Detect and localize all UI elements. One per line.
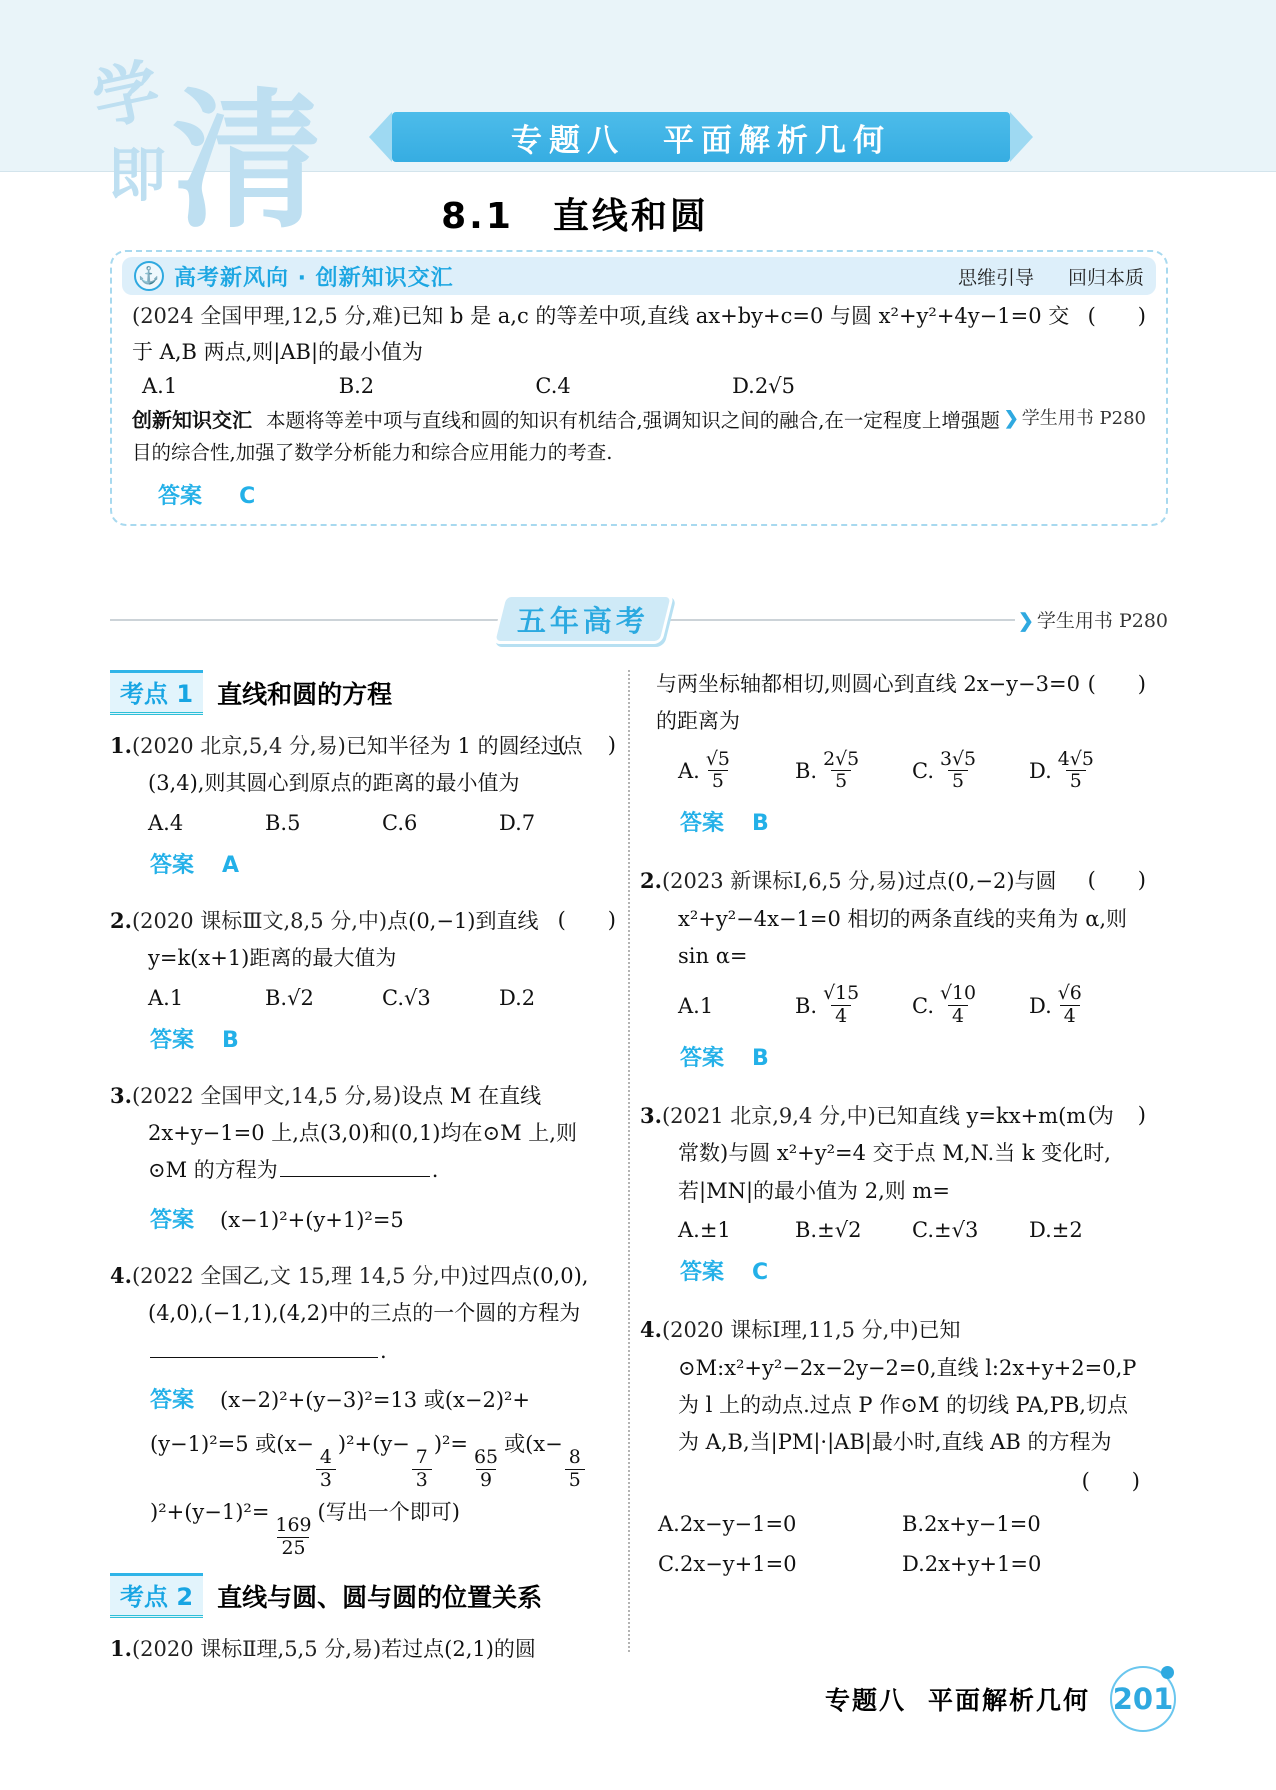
question-number: 1. (110, 1636, 132, 1661)
topic-ribbon-label: 专题八 平面解析几何 (511, 115, 891, 160)
answer-row: 答案A (110, 843, 616, 888)
option: A.1 (148, 986, 265, 1010)
chevron-right-icon: ❯ (1004, 408, 1019, 429)
option-row: A.2x−y−1=0B.2x+y−1=0C.2x−y+1=0D.2x+y+1=0 (640, 1504, 1146, 1584)
question-number: 2. (110, 908, 132, 933)
question-number: 3. (110, 1083, 132, 1108)
option-row: A.±1B.±√2C.±√3D.±2 (640, 1218, 1146, 1242)
banner-tag: 五年高考 (492, 594, 674, 644)
question: ( )2.(2023 新课标Ⅰ,6,5 分,易)过点(0,−2)与圆 x²+y²… (640, 862, 1146, 1081)
fraction: √64 (1054, 983, 1086, 1027)
section-title-text: 直线与圆、圆与圆的位置关系 (217, 1578, 542, 1614)
question-source: (2020 课标Ⅰ理,11,5 分,中) (662, 1318, 919, 1342)
answer-bracket: ( ) (1126, 1097, 1146, 1134)
question-number: 1. (110, 733, 132, 758)
question-text: ( )2.(2023 新课标Ⅰ,6,5 分,易)过点(0,−2)与圆 x²+y²… (640, 862, 1146, 975)
option: A.2x−y−1=0 (658, 1512, 902, 1536)
option: B.2x+y−1=0 (902, 1512, 1146, 1536)
anchor-icon: ⚓ (134, 261, 164, 291)
option-row: A.4B.5C.6D.7 (110, 811, 616, 835)
student-book-ref: ❯学生用书 P280 (1018, 606, 1168, 633)
option-row: A.√55B.2√55C.3√55D.4√55 (640, 749, 1146, 793)
page-footer: 专题八平面解析几何 201 (825, 1666, 1176, 1732)
answer-label: 答案 (150, 1208, 194, 1233)
answer-bracket: ( ) (596, 727, 616, 764)
option: B.2 (339, 374, 529, 398)
option: C.√104 (912, 983, 1029, 1027)
answer-bracket: ( ) (1088, 299, 1146, 335)
question: ( )3.(2021 北京,9,4 分,中)已知直线 y=kx+m(m 为常数)… (640, 1097, 1146, 1295)
option: B.5 (265, 811, 382, 835)
option: C.4 (535, 374, 725, 398)
question: 4.(2020 课标Ⅰ理,11,5 分,中)已知⊙M:x²+y²−2x−2y−2… (640, 1311, 1146, 1583)
fraction: √154 (819, 983, 863, 1027)
fraction: 4√55 (1054, 749, 1098, 793)
fraction: √55 (702, 749, 734, 793)
question-text: 4.(2020 课标Ⅰ理,11,5 分,中)已知⊙M:x²+y²−2x−2y−2… (640, 1311, 1146, 1462)
note-text: 本题将等差中项与直线和圆的知识有机结合,强调知识之间的融合,在一定程度上增强题目… (132, 409, 1000, 464)
answer-row: 答案 C (158, 479, 1150, 510)
feature-question: ( ) (2024 全国甲理,12,5 分,难)已知 b 是 a,c 的等差中项… (132, 299, 1146, 370)
footer-title-label: 平面解析几何 (928, 1686, 1090, 1715)
question-text: ( )2.(2020 课标Ⅲ文,8,5 分,中)点(0,−1)到直线 y=k(x… (110, 902, 616, 978)
column-divider (628, 670, 630, 1652)
question-source: (2024 全国甲理,12,5 分,难) (132, 304, 401, 328)
option: D.√64 (1029, 983, 1146, 1027)
ref-text: 学生用书 P280 (1022, 408, 1146, 429)
page-number-badge: 201 (1110, 1666, 1176, 1732)
topic-ribbon: 专题八 平面解析几何 (392, 112, 1010, 162)
right-column: ( )与两坐标轴都相切,则圆心到直线 2x−y−3=0 的距离为A.√55B.2… (640, 666, 1146, 1666)
section-label: 考点 2 (110, 1573, 203, 1618)
question-text: ( )与两坐标轴都相切,则圆心到直线 2x−y−3=0 的距离为 (640, 666, 1146, 741)
question-text: 4.(2022 全国乙,文 15,理 14,5 分,中)过四点(0,0),(4,… (110, 1257, 616, 1370)
question-source: (2022 全国甲文,14,5 分,易) (132, 1084, 401, 1108)
section-header: 考点 2直线与圆、圆与圆的位置关系 (110, 1573, 616, 1618)
answer-value: A (222, 853, 239, 878)
chevron-right-icon: ❯ (1018, 610, 1034, 632)
question-number: 4. (110, 1263, 132, 1288)
option: B.√2 (265, 986, 382, 1010)
question: ( )与两坐标轴都相切,则圆心到直线 2x−y−3=0 的距离为A.√55B.2… (640, 666, 1146, 846)
question-source: (2022 全国乙,文 15,理 14,5 分,中) (132, 1264, 469, 1288)
answer-bracket: ( ) (1126, 862, 1146, 899)
fraction: 16925 (271, 1515, 315, 1559)
question-source: (2020 北京,5,4 分,易) (132, 734, 346, 758)
option: C.6 (382, 811, 499, 835)
option: A.1 (678, 994, 795, 1018)
answer-blank (280, 1155, 430, 1177)
fraction: √104 (936, 983, 980, 1027)
answer-label: 答案 (150, 1028, 194, 1053)
answer-bracket: ( ) (1082, 1469, 1140, 1493)
option: A.4 (148, 811, 265, 835)
option: B.±√2 (795, 1218, 912, 1242)
page-title: 8.1 直线和圆 (0, 188, 1150, 239)
badge-dot-icon (1161, 1666, 1174, 1679)
option: A.√55 (678, 749, 795, 793)
answer-row: 答案C (640, 1250, 1146, 1295)
tag: 思维引导 (958, 263, 1034, 290)
section-title-text: 直线和圆的方程 (217, 675, 392, 711)
question-number: 2. (640, 868, 662, 893)
answer-label: 答案 (158, 484, 202, 509)
tag: 回归本质 (1068, 263, 1144, 290)
question-number: 4. (640, 1317, 662, 1342)
exam-section-banner: 五年高考 ❯学生用书 P280 (110, 592, 1168, 648)
feature-box-tags: 思维引导 回归本质 (958, 263, 1144, 290)
option: D.2x+y+1=0 (902, 1552, 1146, 1576)
answer-value: C (239, 484, 255, 509)
answer-value: B (752, 1046, 769, 1071)
feature-box-title: 高考新风向 · 创新知识交汇 (174, 261, 454, 292)
fraction: 73 (412, 1447, 432, 1491)
footer-topic: 专题八平面解析几何 (825, 1681, 1090, 1717)
option: D.±2 (1029, 1218, 1146, 1242)
question-source: (2020 课标Ⅲ文,8,5 分,中) (132, 909, 387, 933)
answer-bracket: ( ) (1088, 666, 1146, 703)
question-source: (2021 北京,9,4 分,中) (662, 1104, 876, 1128)
section-header: 考点 1直线和圆的方程 (110, 670, 616, 715)
option-row: A.1B.√2C.√3D.2 (110, 986, 616, 1010)
feature-note: ❯学生用书 P280 创新知识交汇本题将等差中项与直线和圆的知识有机结合,强调知… (132, 404, 1146, 468)
option: D.4√55 (1029, 749, 1146, 793)
answer-label: 答案 (150, 1388, 194, 1413)
option: A.1 (142, 374, 332, 398)
banner-title: 五年高考 (517, 599, 649, 640)
answer-row: 答案(x−2)²+(y−3)²=13 或(x−2)²+(y−1)²=5 或(x−… (110, 1378, 616, 1559)
option: B.2√55 (795, 749, 912, 793)
option: C.2x−y+1=0 (658, 1552, 902, 1576)
feature-box-header: ⚓ 高考新风向 · 创新知识交汇 思维引导 回归本质 (122, 257, 1156, 295)
answer-label: 答案 (680, 1046, 724, 1071)
fraction: 2√55 (819, 749, 863, 793)
fraction: 85 (565, 1447, 585, 1491)
left-column: 考点 1直线和圆的方程( )1.(2020 北京,5,4 分,易)已知半径为 1… (110, 666, 616, 1666)
question-number: 3. (640, 1103, 662, 1128)
option: C.3√55 (912, 749, 1029, 793)
answer-bracket: ( ) (596, 902, 616, 939)
question: 3.(2022 全国甲文,14,5 分,易)设点 M 在直线 2x+y−1=0 … (110, 1077, 616, 1243)
option: C.√3 (382, 986, 499, 1010)
student-book-ref: ❯学生用书 P280 (1004, 404, 1146, 433)
note-label: 创新知识交汇 (132, 408, 252, 432)
answer-row: 答案B (110, 1018, 616, 1063)
option-row: A.1B.√154C.√104D.√64 (640, 983, 1146, 1027)
option: D.2√5 (732, 374, 922, 398)
feature-box: ⚓ 高考新风向 · 创新知识交汇 思维引导 回归本质 ( ) (2024 全国甲… (110, 250, 1168, 526)
question-text: ( )3.(2021 北京,9,4 分,中)已知直线 y=kx+m(m 为常数)… (640, 1097, 1146, 1210)
fraction: 43 (316, 1447, 336, 1491)
question: ( )1.(2020 北京,5,4 分,易)已知半径为 1 的圆经过点(3,4)… (110, 727, 616, 888)
answer-value: (x−2)²+(y−3)²=13 或(x−2)²+(y−1)²=5 或(x−43… (150, 1388, 587, 1524)
section-label: 考点 1 (110, 670, 203, 715)
answer-label: 答案 (680, 811, 724, 836)
answer-value: (x−1)²+(y+1)²=5 (220, 1208, 404, 1232)
fraction: 659 (470, 1447, 502, 1491)
answer-value: B (222, 1028, 239, 1053)
question-source: (2023 新课标Ⅰ,6,5 分,易) (662, 869, 905, 893)
question: ( )2.(2020 课标Ⅲ文,8,5 分,中)点(0,−1)到直线 y=k(x… (110, 902, 616, 1063)
answer-label: 答案 (150, 853, 194, 878)
answer-value: B (752, 811, 769, 836)
option-row: A.1 B.2 C.4 D.2√5 (142, 374, 1150, 398)
exercise-columns: 考点 1直线和圆的方程( )1.(2020 北京,5,4 分,易)已知半径为 1… (110, 666, 1168, 1666)
answer-label: 答案 (680, 1260, 724, 1285)
question-text: 1.(2020 课标Ⅱ理,5,5 分,易)若过点(2,1)的圆 (110, 1630, 616, 1668)
answer-value: C (752, 1260, 768, 1285)
option: D.7 (499, 811, 616, 835)
question: 4.(2022 全国乙,文 15,理 14,5 分,中)过四点(0,0),(4,… (110, 1257, 616, 1560)
option: A.±1 (678, 1218, 795, 1242)
answer-row: 答案(x−1)²+(y+1)²=5 (110, 1198, 616, 1243)
footer-topic-label: 专题八 (825, 1686, 906, 1715)
answer-blank (150, 1336, 378, 1358)
option: B.√154 (795, 983, 912, 1027)
question-text: ( )1.(2020 北京,5,4 分,易)已知半径为 1 的圆经过点(3,4)… (110, 727, 616, 803)
question: 1.(2020 课标Ⅱ理,5,5 分,易)若过点(2,1)的圆 (110, 1630, 616, 1668)
answer-bracket-line: ( ) (640, 1462, 1146, 1502)
option: D.2 (499, 986, 616, 1010)
question-text: 3.(2022 全国甲文,14,5 分,易)设点 M 在直线 2x+y−1=0 … (110, 1077, 616, 1190)
fraction: 3√55 (936, 749, 980, 793)
answer-row: 答案B (640, 801, 1146, 846)
page-number: 201 (1113, 1682, 1174, 1716)
question-source: (2020 课标Ⅱ理,5,5 分,易) (132, 1637, 381, 1661)
option: C.±√3 (912, 1218, 1029, 1242)
ref-text: 学生用书 P280 (1037, 610, 1168, 632)
answer-row: 答案B (640, 1036, 1146, 1081)
